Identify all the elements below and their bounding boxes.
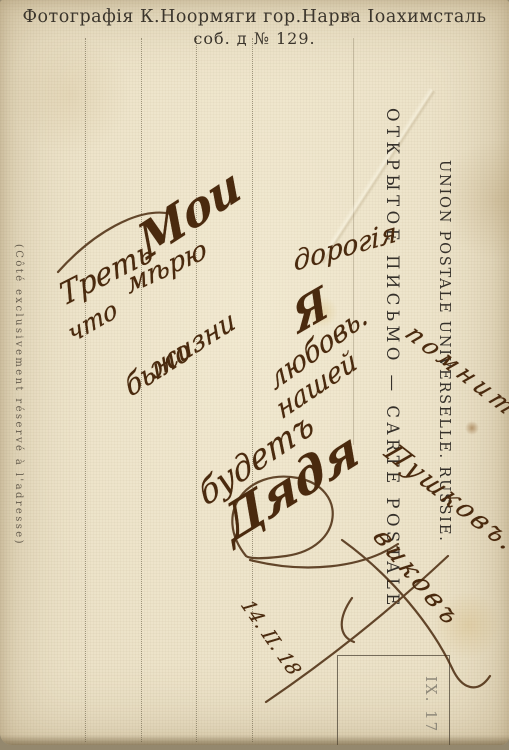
reserved-side-note: (Côté exclusivement réservé à l'adresse) <box>13 244 24 546</box>
postcard-back: Фотографія К.Ноормяги гор.Нарва Іоахимст… <box>0 0 509 745</box>
publisher-line-1: Фотографія К.Ноормяги гор.Нарва Іоахимст… <box>0 7 509 27</box>
address-rule <box>252 38 253 742</box>
address-rule <box>85 38 86 742</box>
handwritten-date: 14. II. 18 <box>234 597 306 680</box>
photographer-imprint: Фотографія К.Ноормяги гор.Нарва Іоахимст… <box>0 7 509 48</box>
handwriting-word: было <box>120 331 195 405</box>
publisher-line-2: соб. д № 129. <box>0 29 509 48</box>
handwriting-word: виковъ <box>364 524 470 631</box>
handwriting-word: помните <box>398 320 509 434</box>
address-rule <box>196 38 197 742</box>
pencil-note: IX. 17 <box>422 676 440 733</box>
